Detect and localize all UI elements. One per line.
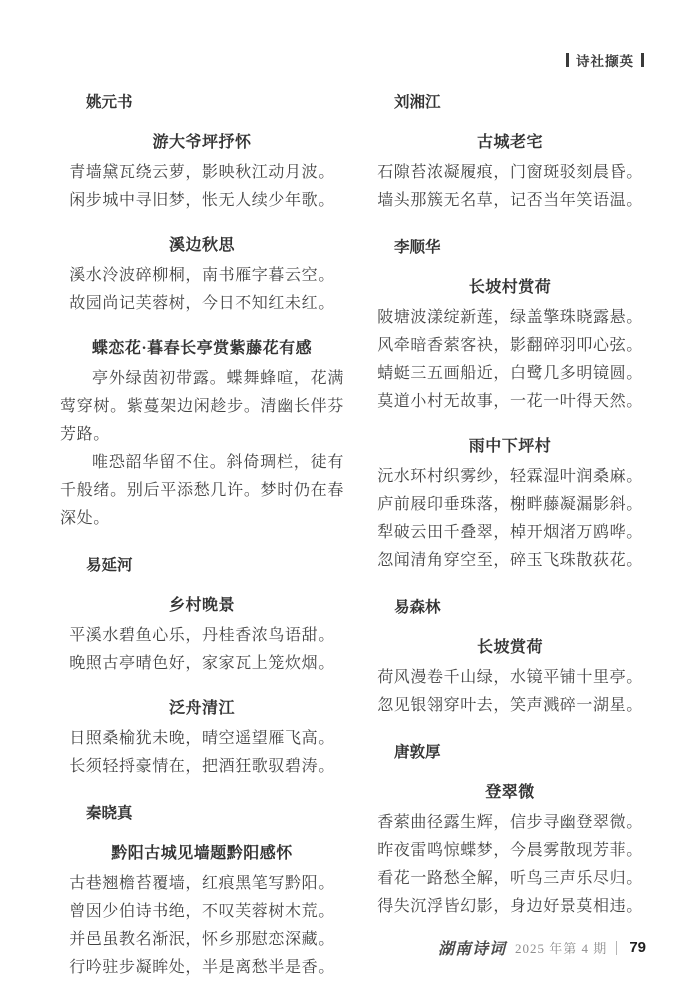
poem-title: 游大爷坪抒怀: [60, 129, 344, 152]
poem-line: 忽见银翎穿叶去，笑声溅碎一湖星。: [368, 692, 652, 720]
poem-line: 墙头那簇无名草，记否当年笑语温。: [368, 187, 652, 215]
poem-line: 莫道小村无故事，一花一叶得天然。: [368, 388, 652, 416]
poem-line: 蜻蜓三五画船近，白鹭几多明镜圆。: [368, 360, 652, 388]
author-name: 唐敦厚: [368, 740, 652, 762]
poem-line: 平溪水碧鱼心乐，丹桂香浓鸟语甜。: [60, 622, 344, 650]
poem-line: 得失沉浮皆幻影，身边好景莫相违。: [368, 893, 652, 921]
poem-line: 青墙黛瓦绕云萝，影映秋江动月波。: [60, 159, 344, 187]
ci-poem: 蝶恋花·暮春长亭赏紫藤花有感亭外绿茵初带露。蝶舞蜂喧，花满莺穿树。紫蔓架边闲趁步…: [60, 335, 344, 533]
author-name: 易延河: [60, 553, 344, 575]
page-number: 79: [629, 939, 646, 956]
poem-line: 陂塘波漾绽新莲，绿盖擎珠晓露悬。: [368, 304, 652, 332]
poem-title: 泛舟清江: [60, 695, 344, 718]
poem: 泛舟清江日照桑榆犹未晚，晴空遥望雁飞高。长须轻捋豪情在，把酒狂歌驭碧涛。: [60, 695, 344, 781]
page-header: 诗社撷英: [566, 50, 644, 70]
poems-content: 姚元书游大爷坪抒怀青墙黛瓦绕云萝，影映秋江动月波。闲步城中寻旧梦，怅无人续少年歌…: [60, 90, 652, 986]
poem-line: 犁破云田千叠翠，棹开烟渚万鸥哗。: [368, 519, 652, 547]
poem-line: 沅水环村织雾纱，轻霖湿叶润桑麻。: [368, 463, 652, 491]
poem-title: 黔阳古城见墙题黔阳感怀: [60, 840, 344, 863]
author-name: 秦晓真: [60, 801, 344, 823]
poem-line: 昨夜雷鸣惊蝶梦，今晨雾散现芳菲。: [368, 837, 652, 865]
poem-line: 古巷翘檐苔覆墙，红痕黑笔写黔阳。: [60, 870, 344, 898]
section-label: 诗社撷英: [576, 50, 634, 70]
poem: 古城老宅石隙苔浓凝履痕，门窗斑驳刻晨昏。墙头那簇无名草，记否当年笑语温。: [368, 129, 652, 215]
poem-title: 古城老宅: [368, 129, 652, 152]
poem-title: 长坡村赏荷: [368, 274, 652, 297]
ci-paragraph: 亭外绿茵初带露。蝶舞蜂喧，花满莺穿树。紫蔓架边闲趁步。清幽长伴芬芳路。: [60, 365, 344, 449]
poem: 乡村晚景平溪水碧鱼心乐，丹桂香浓鸟语甜。晚照古亭晴色好，家家瓦上笼炊烟。: [60, 592, 344, 678]
poem-title: 雨中下坪村: [368, 433, 652, 456]
author-name: 李顺华: [368, 235, 652, 257]
poem-title: 长坡赏荷: [368, 634, 652, 657]
journal-page: { "header": { "section_label": "诗社撷英" },…: [0, 0, 700, 989]
author-name: 姚元书: [60, 90, 344, 112]
poem-title: 登翠微: [368, 779, 652, 802]
poem-line: 日照桑榆犹未晚，晴空遥望雁飞高。: [60, 725, 344, 753]
column-left: 姚元书游大爷坪抒怀青墙黛瓦绕云萝，影映秋江动月波。闲步城中寻旧梦，怅无人续少年歌…: [60, 90, 344, 986]
poem: 登翠微香萦曲径露生辉，信步寻幽登翠微。昨夜雷鸣惊蝶梦，今晨雾散现芳菲。看花一路愁…: [368, 779, 652, 921]
header-right-bar-icon: [641, 53, 644, 67]
poem-line: 晚照古亭晴色好，家家瓦上笼炊烟。: [60, 650, 344, 678]
author-name: 易森林: [368, 595, 652, 617]
journal-name: 湖南诗词: [438, 936, 506, 959]
footer-divider-bar: [616, 941, 617, 955]
poem-title: 乡村晚景: [60, 592, 344, 615]
poem-line: 溪水泠波碎柳桐，南书雁字暮云空。: [60, 262, 344, 290]
poem-title: 蝶恋花·暮春长亭赏紫藤花有感: [60, 335, 344, 358]
poem-line: 看花一路愁全解，听鸟三声乐尽归。: [368, 865, 652, 893]
column-right: 刘湘江古城老宅石隙苔浓凝履痕，门窗斑驳刻晨昏。墙头那簇无名草，记否当年笑语温。李…: [368, 90, 652, 986]
poem: 黔阳古城见墙题黔阳感怀古巷翘檐苔覆墙，红痕黑笔写黔阳。曾因少伯诗书绝，不叹芙蓉树…: [60, 840, 344, 982]
poem-line: 长须轻捋豪情在，把酒狂歌驭碧涛。: [60, 753, 344, 781]
poem-line: 行吟驻步凝眸处，半是离愁半是香。: [60, 954, 344, 982]
poem-line: 香萦曲径露生辉，信步寻幽登翠微。: [368, 809, 652, 837]
poem-line: 庐前屐印垂珠落，榭畔藤凝漏影斜。: [368, 491, 652, 519]
poem-line: 曾因少伯诗书绝，不叹芙蓉树木荒。: [60, 898, 344, 926]
author-name: 刘湘江: [368, 90, 652, 112]
poem-title: 溪边秋思: [60, 232, 344, 255]
poem: 游大爷坪抒怀青墙黛瓦绕云萝，影映秋江动月波。闲步城中寻旧梦，怅无人续少年歌。: [60, 129, 344, 215]
poem-line: 荷风漫卷千山绿，水镜平铺十里亭。: [368, 664, 652, 692]
poem-line: 并邑虽教名渐泯，怀乡那慰恋深藏。: [60, 926, 344, 954]
poem: 长坡村赏荷陂塘波漾绽新莲，绿盖擎珠晓露悬。风牵暗香萦客袂，影翻碎羽叩心弦。蜻蜓三…: [368, 274, 652, 416]
poem-line: 风牵暗香萦客袂，影翻碎羽叩心弦。: [368, 332, 652, 360]
poem-line: 石隙苔浓凝履痕，门窗斑驳刻晨昏。: [368, 159, 652, 187]
poem-line: 忽闻清角穿空至，碎玉飞珠散荻花。: [368, 547, 652, 575]
poem: 长坡赏荷荷风漫卷千山绿，水镜平铺十里亭。忽见银翎穿叶去，笑声溅碎一湖星。: [368, 634, 652, 720]
header-left-bar-icon: [566, 53, 569, 67]
poem-line: 闲步城中寻旧梦，怅无人续少年歌。: [60, 187, 344, 215]
page-footer: 湖南诗词 2025 年第 4 期 79: [438, 936, 646, 959]
poem-line: 故园尚记芙蓉树，今日不知红未红。: [60, 290, 344, 318]
ci-paragraph: 唯恐韶华留不住。斜倚琱栏，徒有千般绪。别后平添愁几许。梦时仍在春深处。: [60, 449, 344, 533]
poem: 溪边秋思溪水泠波碎柳桐，南书雁字暮云空。故园尚记芙蓉树，今日不知红未红。: [60, 232, 344, 318]
poem: 雨中下坪村沅水环村织雾纱，轻霖湿叶润桑麻。庐前屐印垂珠落，榭畔藤凝漏影斜。犁破云…: [368, 433, 652, 575]
issue-label: 2025 年第 4 期: [515, 938, 607, 957]
